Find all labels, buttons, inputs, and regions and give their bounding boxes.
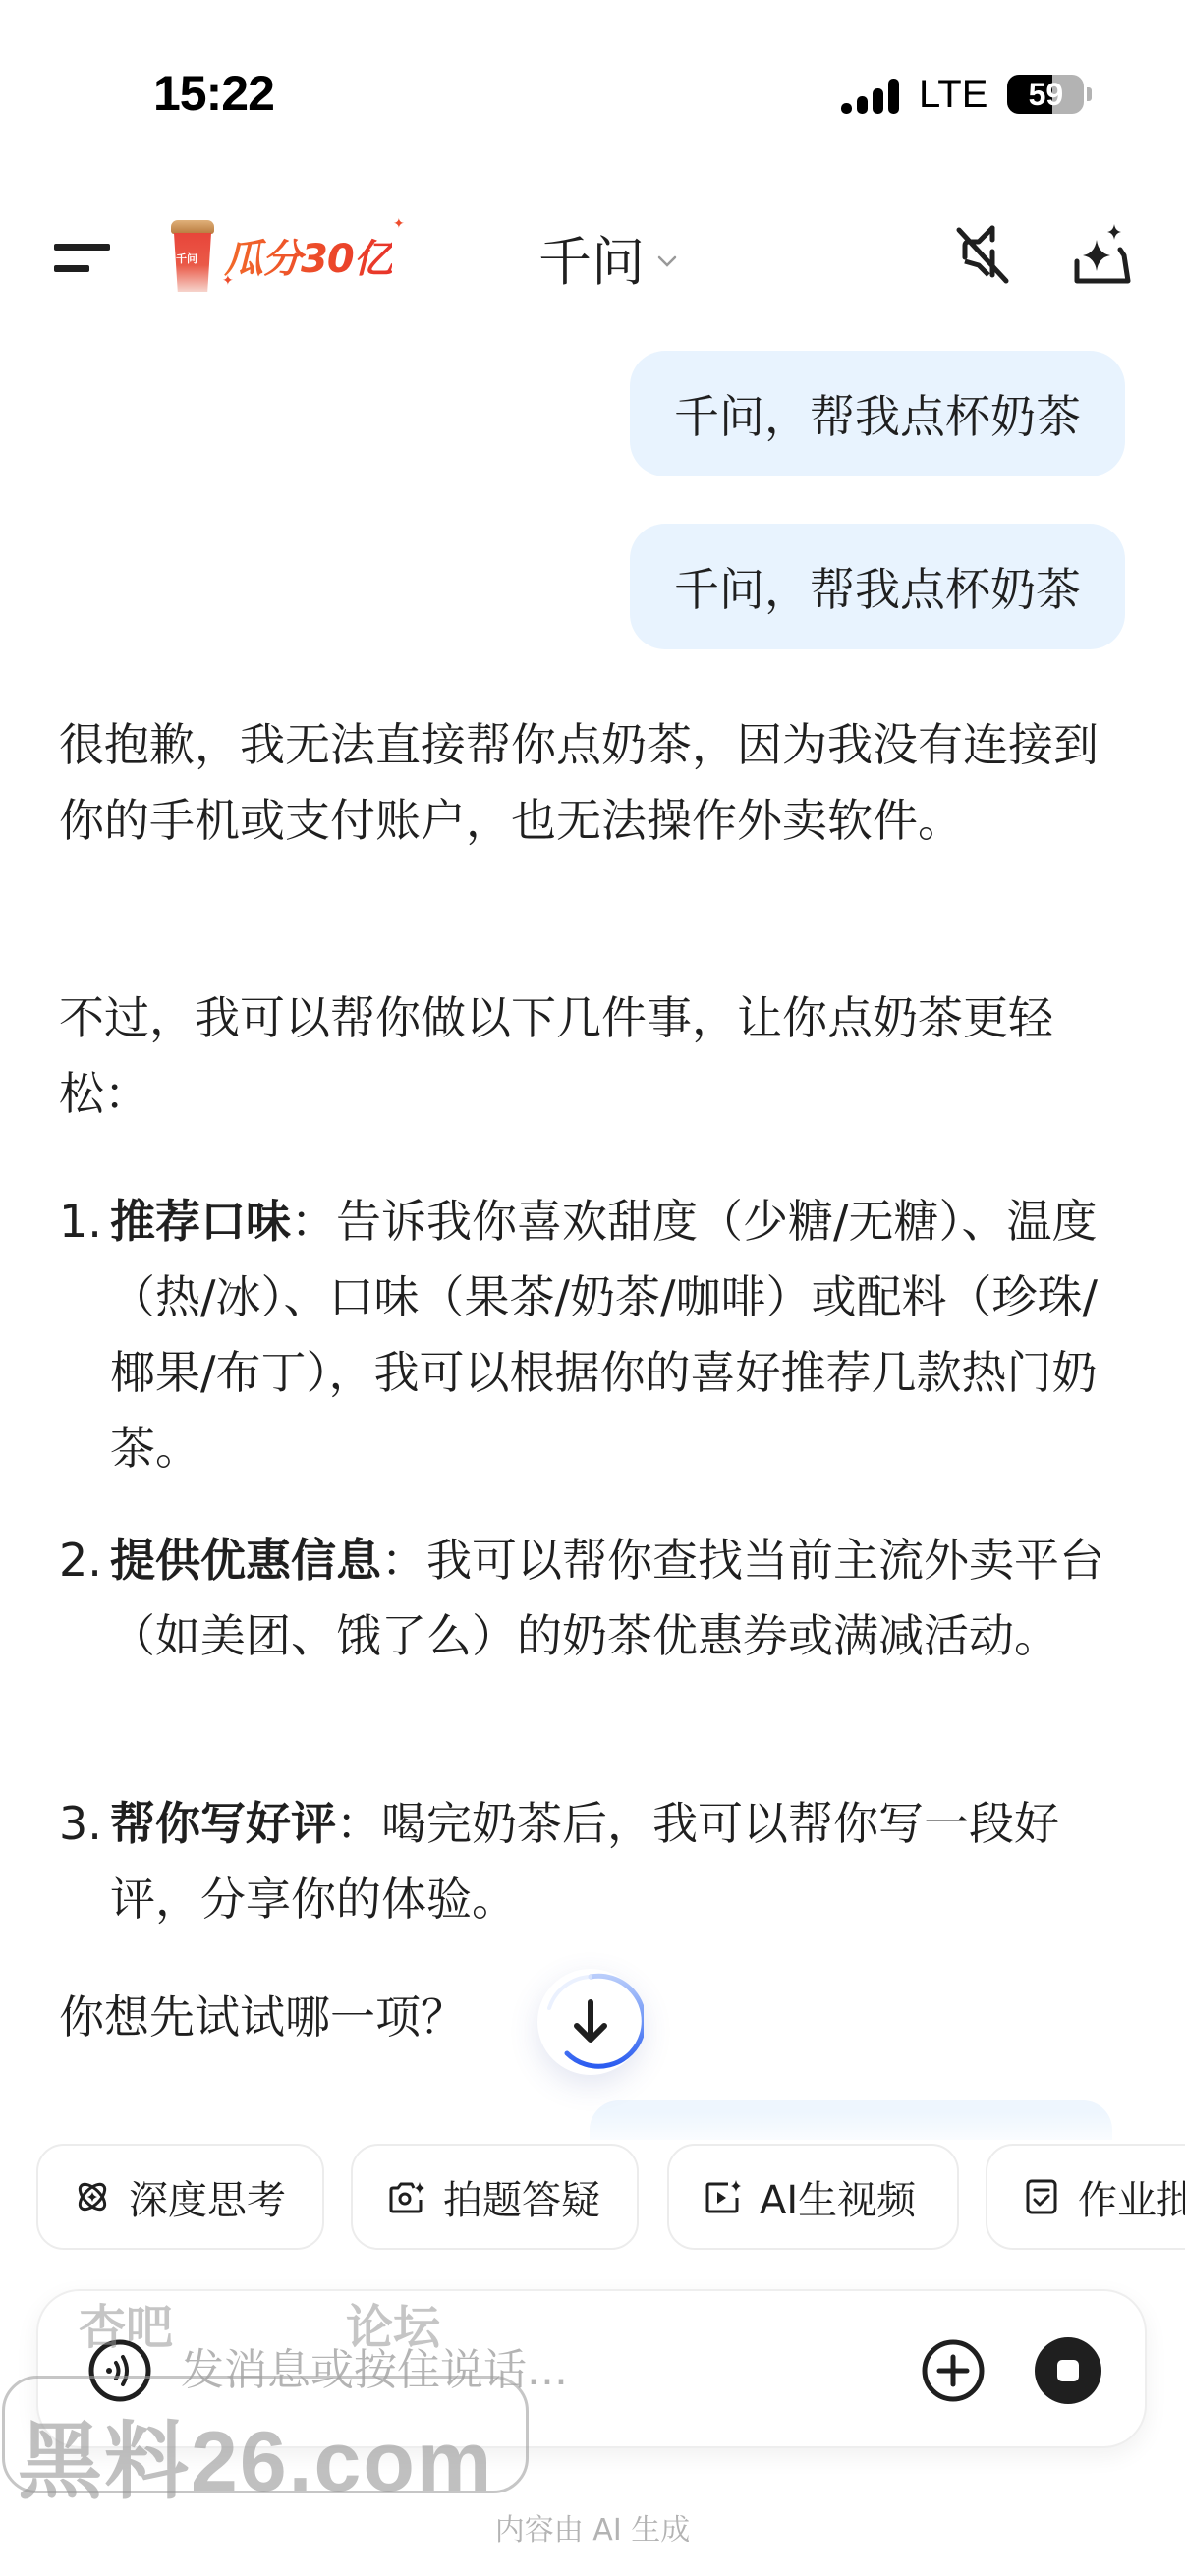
homework-check-icon [1023, 2178, 1060, 2215]
plus-circle-icon[interactable] [921, 2338, 986, 2403]
chip-deep-think[interactable]: 深度思考 [36, 2144, 324, 2250]
chip-ai-video[interactable]: AI生视频 [667, 2144, 959, 2250]
network-type: LTE [919, 73, 987, 117]
camera-sparkle-icon [388, 2178, 425, 2215]
sparkle-icon: ✦ [393, 216, 405, 232]
cup-logo: 千问 [176, 251, 197, 266]
chip-label: 深度思考 [129, 2169, 286, 2225]
stop-icon [1057, 2360, 1079, 2381]
list-item-label: 提供优惠信息 [110, 1534, 381, 1587]
milk-tea-cup-icon: 千问 [169, 216, 216, 295]
list-number: 2. [59, 1523, 102, 1598]
ai-disclaimer: 内容由 AI 生成 [0, 2505, 1185, 2548]
battery-nub [1087, 87, 1092, 101]
scroll-to-bottom-button[interactable] [537, 1969, 644, 2075]
promo-text: 瓜分30亿 [224, 228, 392, 284]
list-item-label: 帮你写好评 [110, 1797, 336, 1850]
assistant-paragraph: 不过，我可以帮你做以下几件事，让你点奶茶更轻松： [59, 980, 1126, 1132]
list-item-label: 推荐口味 [110, 1195, 291, 1248]
chip-homework[interactable]: 作业批 [986, 2144, 1185, 2250]
arrow-down-icon [537, 1969, 644, 2075]
chevron-down-icon [656, 254, 678, 268]
quick-actions-bar[interactable]: 深度思考 拍题答疑 AI生视频 作业批 [0, 2144, 1185, 2252]
message-input[interactable] [181, 2330, 908, 2409]
list-item: 2. 提供优惠信息：我可以帮你查找当前主流外卖平台（如美团、饿了么）的奶茶优惠券… [59, 1523, 1130, 1674]
model-selector[interactable]: 千问 [538, 220, 678, 296]
signal-icon [841, 75, 899, 114]
status-time: 15:22 [153, 65, 274, 122]
stop-generating-button[interactable] [1035, 2337, 1101, 2404]
new-chat-sparkle-icon[interactable] [1067, 218, 1138, 289]
assistant-question: 你想先试试哪一项？ [59, 1980, 466, 2055]
sparkle-icon: ✦ [222, 273, 234, 289]
speaker-mute-icon[interactable] [949, 218, 1020, 289]
assistant-text: 很抱歉，我无法直接帮你点奶茶，因为我没有连接到你的手机或支付账户，也无法操作外卖… [59, 707, 1126, 859]
list-item: 3. 帮你写好评：喝完奶茶后，我可以帮你写一段好评，分享你的体验。 [59, 1786, 1130, 1937]
list-number: 1. [59, 1184, 102, 1260]
user-message[interactable]: 千问，帮我点杯奶茶 [630, 524, 1125, 649]
battery-level: 59 [1007, 75, 1084, 114]
chip-label: 作业批 [1078, 2169, 1185, 2225]
list-number: 3. [59, 1786, 102, 1862]
qianwen-chat-screen: 15:22 LTE 59 千问 瓜分30亿 ✦ ✦ 千问 [0, 0, 1185, 2576]
user-message[interactable]: 千问，帮我点杯奶茶 [630, 351, 1125, 476]
battery-icon: 59 [1007, 75, 1084, 114]
assistant-text: 不过，我可以帮你做以下几件事，让你点奶茶更轻松： [59, 980, 1126, 1132]
menu-button[interactable] [49, 234, 118, 281]
chip-photo-answer[interactable]: 拍题答疑 [351, 2144, 639, 2250]
promo-banner[interactable]: 千问 瓜分30亿 ✦ ✦ [169, 214, 400, 297]
menu-icon [54, 244, 110, 251]
assistant-paragraph: 很抱歉，我无法直接帮你点奶茶，因为我没有连接到你的手机或支付账户，也无法操作外卖… [59, 707, 1126, 859]
list-item: 1. 推荐口味：告诉我你喜欢甜度（少糖/无糖）、温度（热/冰）、口味（果茶/奶茶… [59, 1184, 1130, 1486]
chip-label: 拍题答疑 [443, 2169, 600, 2225]
chip-label: AI生视频 [760, 2169, 916, 2225]
voice-wave-icon[interactable] [87, 2338, 152, 2403]
menu-icon-line [54, 265, 89, 272]
deep-think-atom-icon [74, 2178, 111, 2215]
video-sparkle-icon [705, 2178, 742, 2215]
status-indicators: LTE 59 [841, 73, 1092, 116]
page-title: 千问 [538, 220, 645, 296]
message-composer [36, 2289, 1147, 2448]
